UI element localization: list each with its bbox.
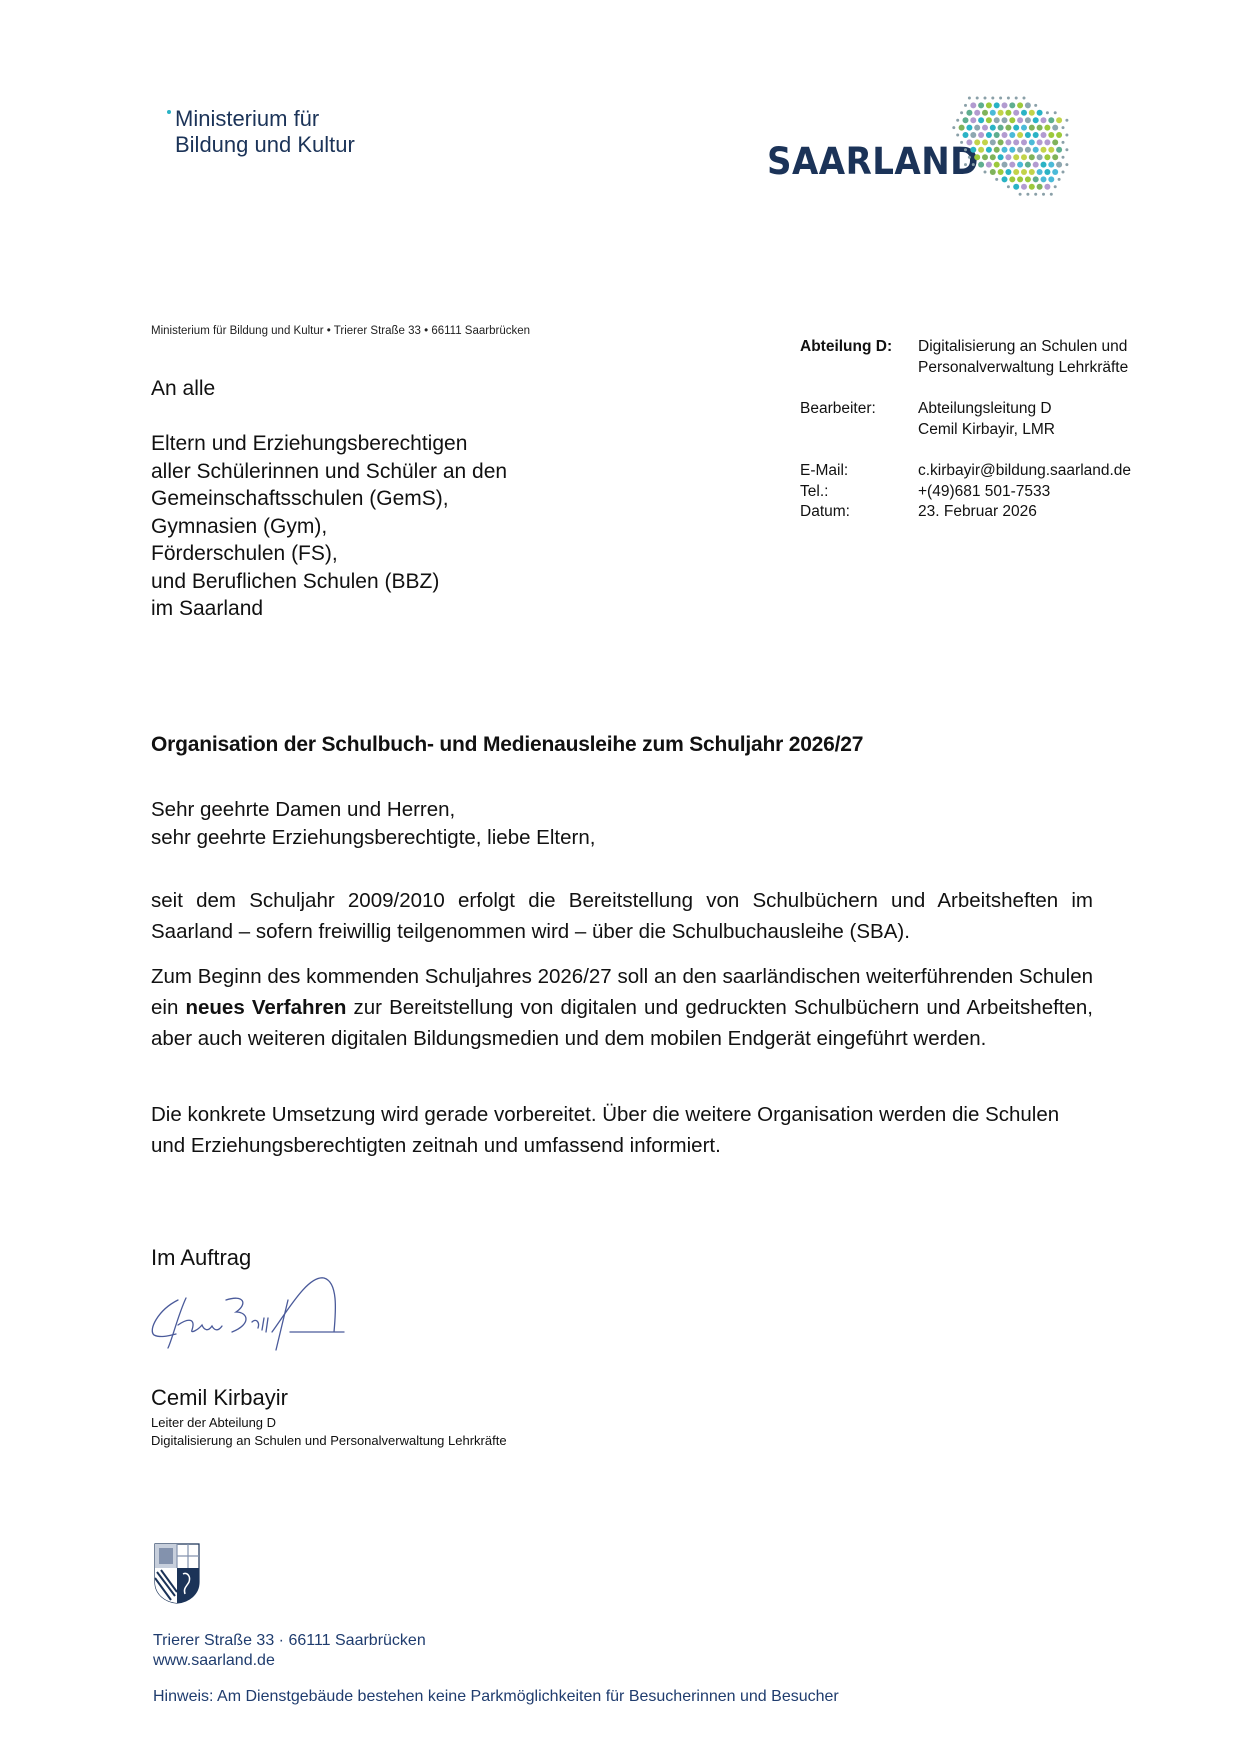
ministry-logo-line2: Bildung und Kultur: [175, 132, 355, 158]
greeting-line-2: sehr geehrte Erziehungsberechtigte, lieb…: [151, 824, 595, 852]
greeting-line-1: Sehr geehrte Damen und Herren,: [151, 796, 595, 824]
recipient-block: An alle Eltern und Erziehungsberechtigen…: [151, 375, 507, 623]
logo-dot-icon: [167, 110, 171, 114]
handwritten-signature-icon: [148, 1270, 378, 1360]
signer-details: Leiter der Abteilung D Digitalisierung a…: [151, 1414, 507, 1449]
closing: Im Auftrag: [151, 1245, 251, 1271]
email-link[interactable]: c.kirbayir@bildung.saarland.de: [918, 461, 1131, 482]
tel-value: +(49)681 501-7533: [918, 482, 1050, 503]
footer-address-block: Trierer Straße 33 · 66111 Saarbrücken ww…: [153, 1631, 426, 1671]
recipient-line: aller Schülerinnen und Schüler an den: [151, 458, 507, 486]
ministry-logo-line1: Ministerium für: [175, 106, 355, 132]
recipient-intro: An alle: [151, 375, 507, 403]
handler-label: Bearbeiter:: [800, 399, 918, 420]
recipient-line: Gymnasien (Gym),: [151, 513, 507, 541]
parking-notice: Hinweis: Am Dienstgebäude bestehen keine…: [153, 1688, 839, 1706]
email-label: E-Mail:: [800, 461, 918, 482]
coat-of-arms-icon: [153, 1542, 201, 1604]
letter-subject: Organisation der Schulbuch- und Medienau…: [151, 733, 863, 757]
signer-name: Cemil Kirbayir: [151, 1385, 288, 1411]
footer-website-link[interactable]: www.saarland.de: [153, 1651, 426, 1671]
greeting: Sehr geehrte Damen und Herren, sehr geeh…: [151, 796, 595, 852]
paragraph-2-emphasis: neues Verfahren: [185, 996, 346, 1019]
info-block: Abteilung D:Digitalisierung an Schulen u…: [800, 337, 1131, 523]
paragraph-1: seit dem Schuljahr 2009/2010 erfolgt die…: [151, 885, 1093, 947]
date-label: Datum:: [800, 502, 918, 523]
handler-value-1: Abteilungsleitung D: [918, 399, 1052, 420]
tel-label: Tel.:: [800, 482, 918, 503]
recipient-line: Gemeinschaftsschulen (GemS),: [151, 485, 507, 513]
paragraph-3: Die konkrete Umsetzung wird gerade vorbe…: [151, 1099, 1093, 1161]
handler-value-2: Cemil Kirbayir, LMR: [918, 420, 1055, 441]
department-value-2: Personalverwaltung Lehrkräfte: [918, 358, 1128, 379]
recipient-line: und Beruflichen Schulen (BBZ): [151, 568, 507, 596]
department-label: Abteilung D:: [800, 337, 918, 358]
ministry-logo: Ministerium für Bildung und Kultur: [175, 106, 355, 158]
signer-title: Leiter der Abteilung D: [151, 1414, 507, 1432]
footer-address: Trierer Straße 33 · 66111 Saarbrücken: [153, 1631, 426, 1651]
signer-department: Digitalisierung an Schulen und Personalv…: [151, 1432, 507, 1450]
department-value-1: Digitalisierung an Schulen und: [918, 337, 1127, 358]
recipient-line: Eltern und Erziehungsberechtigen: [151, 430, 507, 458]
paragraph-2: Zum Beginn des kommenden Schuljahres 202…: [151, 961, 1093, 1054]
sender-return-address: Ministerium für Bildung und Kultur • Tri…: [151, 325, 530, 337]
recipient-line: im Saarland: [151, 595, 507, 623]
recipient-line: Förderschulen (FS),: [151, 540, 507, 568]
date-value: 23. Februar 2026: [918, 502, 1037, 523]
saarland-dotted-map-icon: [940, 92, 1080, 202]
